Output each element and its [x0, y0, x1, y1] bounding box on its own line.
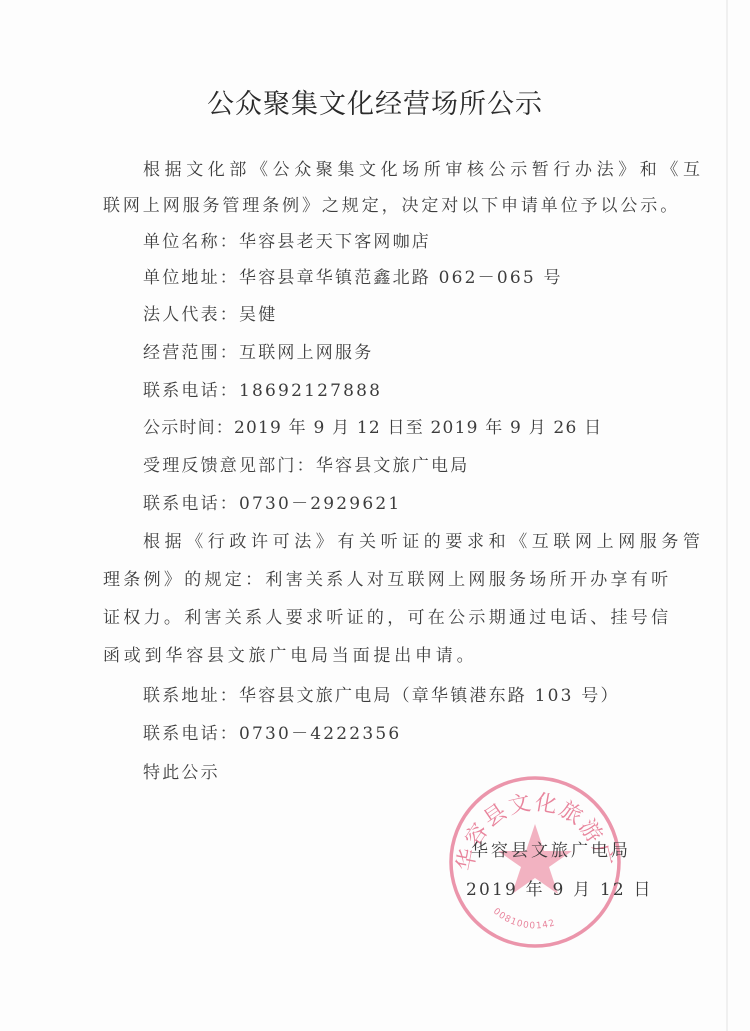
signature-org: 华容县文旅广电局: [471, 836, 631, 861]
closing-text: 特此公示: [143, 758, 220, 783]
field-value: 互联网上网服务: [239, 343, 373, 363]
field-label: 单位地址：: [143, 268, 239, 288]
field-feedback-phone: 联系电话：0730－2929621: [143, 489, 401, 514]
field-label: 单位名称：: [143, 232, 239, 252]
field-legal-rep: 法人代表：吴健: [143, 300, 277, 325]
field-value: 18692127888: [239, 381, 382, 401]
field-label: 公示时间：: [143, 418, 234, 438]
field-value: 华容县老天下客网咖店: [239, 232, 431, 252]
field-label: 联系电话：: [143, 724, 239, 744]
field-label: 法人代表：: [143, 305, 239, 325]
contact-address: 联系地址：华容县文旅广电局（章华镇港东路 103 号）: [143, 681, 620, 706]
field-value: 华容县章华镇范鑫北路 062－065 号: [239, 268, 563, 288]
field-notice-period: 公示时间：2019 年 9 月 12 日至 2019 年 9 月 26 日: [143, 413, 602, 438]
intro-line-1: 根据文化部《公众聚集文化场所审核公示暂行办法》和《互: [143, 155, 705, 180]
field-label: 联系电话：: [143, 381, 239, 401]
signature-date: 2019 年 9 月 12 日: [466, 875, 653, 900]
hearing-line-1: 根据《行政许可法》有关听证的要求和《互联网上网服务管: [143, 527, 705, 552]
document-page: 公众聚集文化经营场所公示 根据文化部《公众聚集文化场所审核公示暂行办法》和《互 …: [0, 0, 750, 1031]
contact-phone: 联系电话：0730－4222356: [143, 719, 401, 744]
svg-text:0081000142: 0081000142: [491, 907, 557, 932]
field-unit-address: 单位地址：华容县章华镇范鑫北路 062－065 号: [143, 263, 563, 288]
field-value: 华容县文旅广电局: [316, 456, 470, 476]
field-feedback-dept: 受理反馈意见部门：华容县文旅广电局: [143, 451, 469, 476]
field-value: 0730－4222356: [239, 724, 401, 744]
hearing-line-2: 理条例》的规定：利害关系人对互联网上网服务场所开办享有听: [103, 565, 671, 590]
hearing-line-3: 证权力。利害关系人要求听证的，可在公示期通过电话、挂号信: [103, 603, 671, 628]
field-label: 受理反馈意见部门：: [143, 456, 316, 476]
field-unit-name: 单位名称：华容县老天下客网咖店: [143, 227, 431, 252]
intro-line-2: 联网上网服务管理条例》之规定，决定对以下申请单位予以公示。: [103, 191, 680, 216]
field-label: 经营范围：: [143, 343, 239, 363]
official-seal-icon: 华容县文化旅游广电局 0081000142: [445, 772, 625, 952]
field-value: 华容县文旅广电局（章华镇港东路 103 号）: [239, 686, 620, 706]
field-phone: 联系电话：18692127888: [143, 376, 382, 401]
field-label: 联系电话：: [143, 494, 239, 514]
field-business-scope: 经营范围：互联网上网服务: [143, 338, 373, 363]
field-label: 联系地址：: [143, 686, 239, 706]
field-value: 吴健: [239, 305, 277, 325]
field-value: 2019 年 9 月 12 日至 2019 年 9 月 26 日: [234, 418, 602, 438]
hearing-line-4: 函或到华容县文旅广电局当面提出申请。: [103, 641, 477, 666]
document-title: 公众聚集文化经营场所公示: [0, 82, 750, 121]
field-value: 0730－2929621: [239, 494, 401, 514]
page-edge-shadow: [726, 0, 728, 1031]
